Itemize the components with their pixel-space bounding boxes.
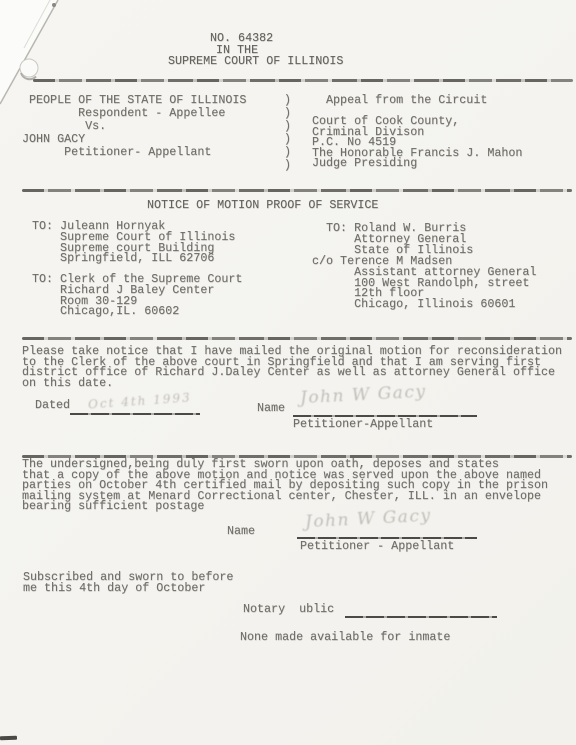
caption-appeal-info: Appeal from the Circuit Court of Cook Co… — [312, 95, 522, 169]
divider-line — [22, 337, 572, 340]
scan-edge-mark — [0, 736, 17, 741]
dated-signature-line — [70, 413, 200, 415]
notary-unavailable-note: None made available for inmate — [240, 632, 450, 643]
notice-paragraph: Please take notice that I have mailed th… — [22, 346, 562, 388]
notary-signature-line — [345, 616, 497, 618]
affidavit-paragraph: The undersigned,being duly first sworn u… — [22, 459, 548, 512]
divider-line — [22, 189, 572, 192]
name-label: Name — [257, 403, 285, 414]
petitioner-role-label: Petitioner - Appellant — [300, 541, 454, 552]
recipient-attorney-general: TO: Roland W. Burris Attorney General St… — [312, 223, 536, 310]
recipient-hornyak: TO: Juleann Hornyak Supreme Court of Ill… — [32, 221, 235, 264]
punch-hole — [20, 59, 38, 77]
dated-label: Dated — [35, 400, 70, 411]
scanned-document-page: NO. 64382 IN THE SUPREME COURT OF ILLINO… — [0, 0, 576, 745]
staple-mark — [52, 3, 56, 7]
notary-public-label: Notary ublic — [243, 604, 334, 615]
name-label: Name — [227, 526, 255, 537]
handwritten-date: Oct 4th 1993 — [88, 390, 192, 411]
court-name: SUPREME COURT OF ILLINOIS — [168, 56, 343, 67]
subscribed-sworn-text: Subscribed and sworn to before me this 4… — [23, 572, 233, 594]
document-title: NOTICE OF MOTION PROOF OF SERVICE — [147, 200, 378, 211]
recipient-clerk: TO: Clerk of the Supreme Court Richard J… — [32, 274, 242, 317]
caption-brackets: ) ) ) ) ) ) — [284, 94, 291, 172]
caption-parties: PEOPLE OF THE STATE OF ILLINOIS Responde… — [22, 94, 246, 159]
divider-line — [33, 79, 573, 82]
petitioner-role-label: Petitioner-Appellant — [293, 419, 433, 430]
